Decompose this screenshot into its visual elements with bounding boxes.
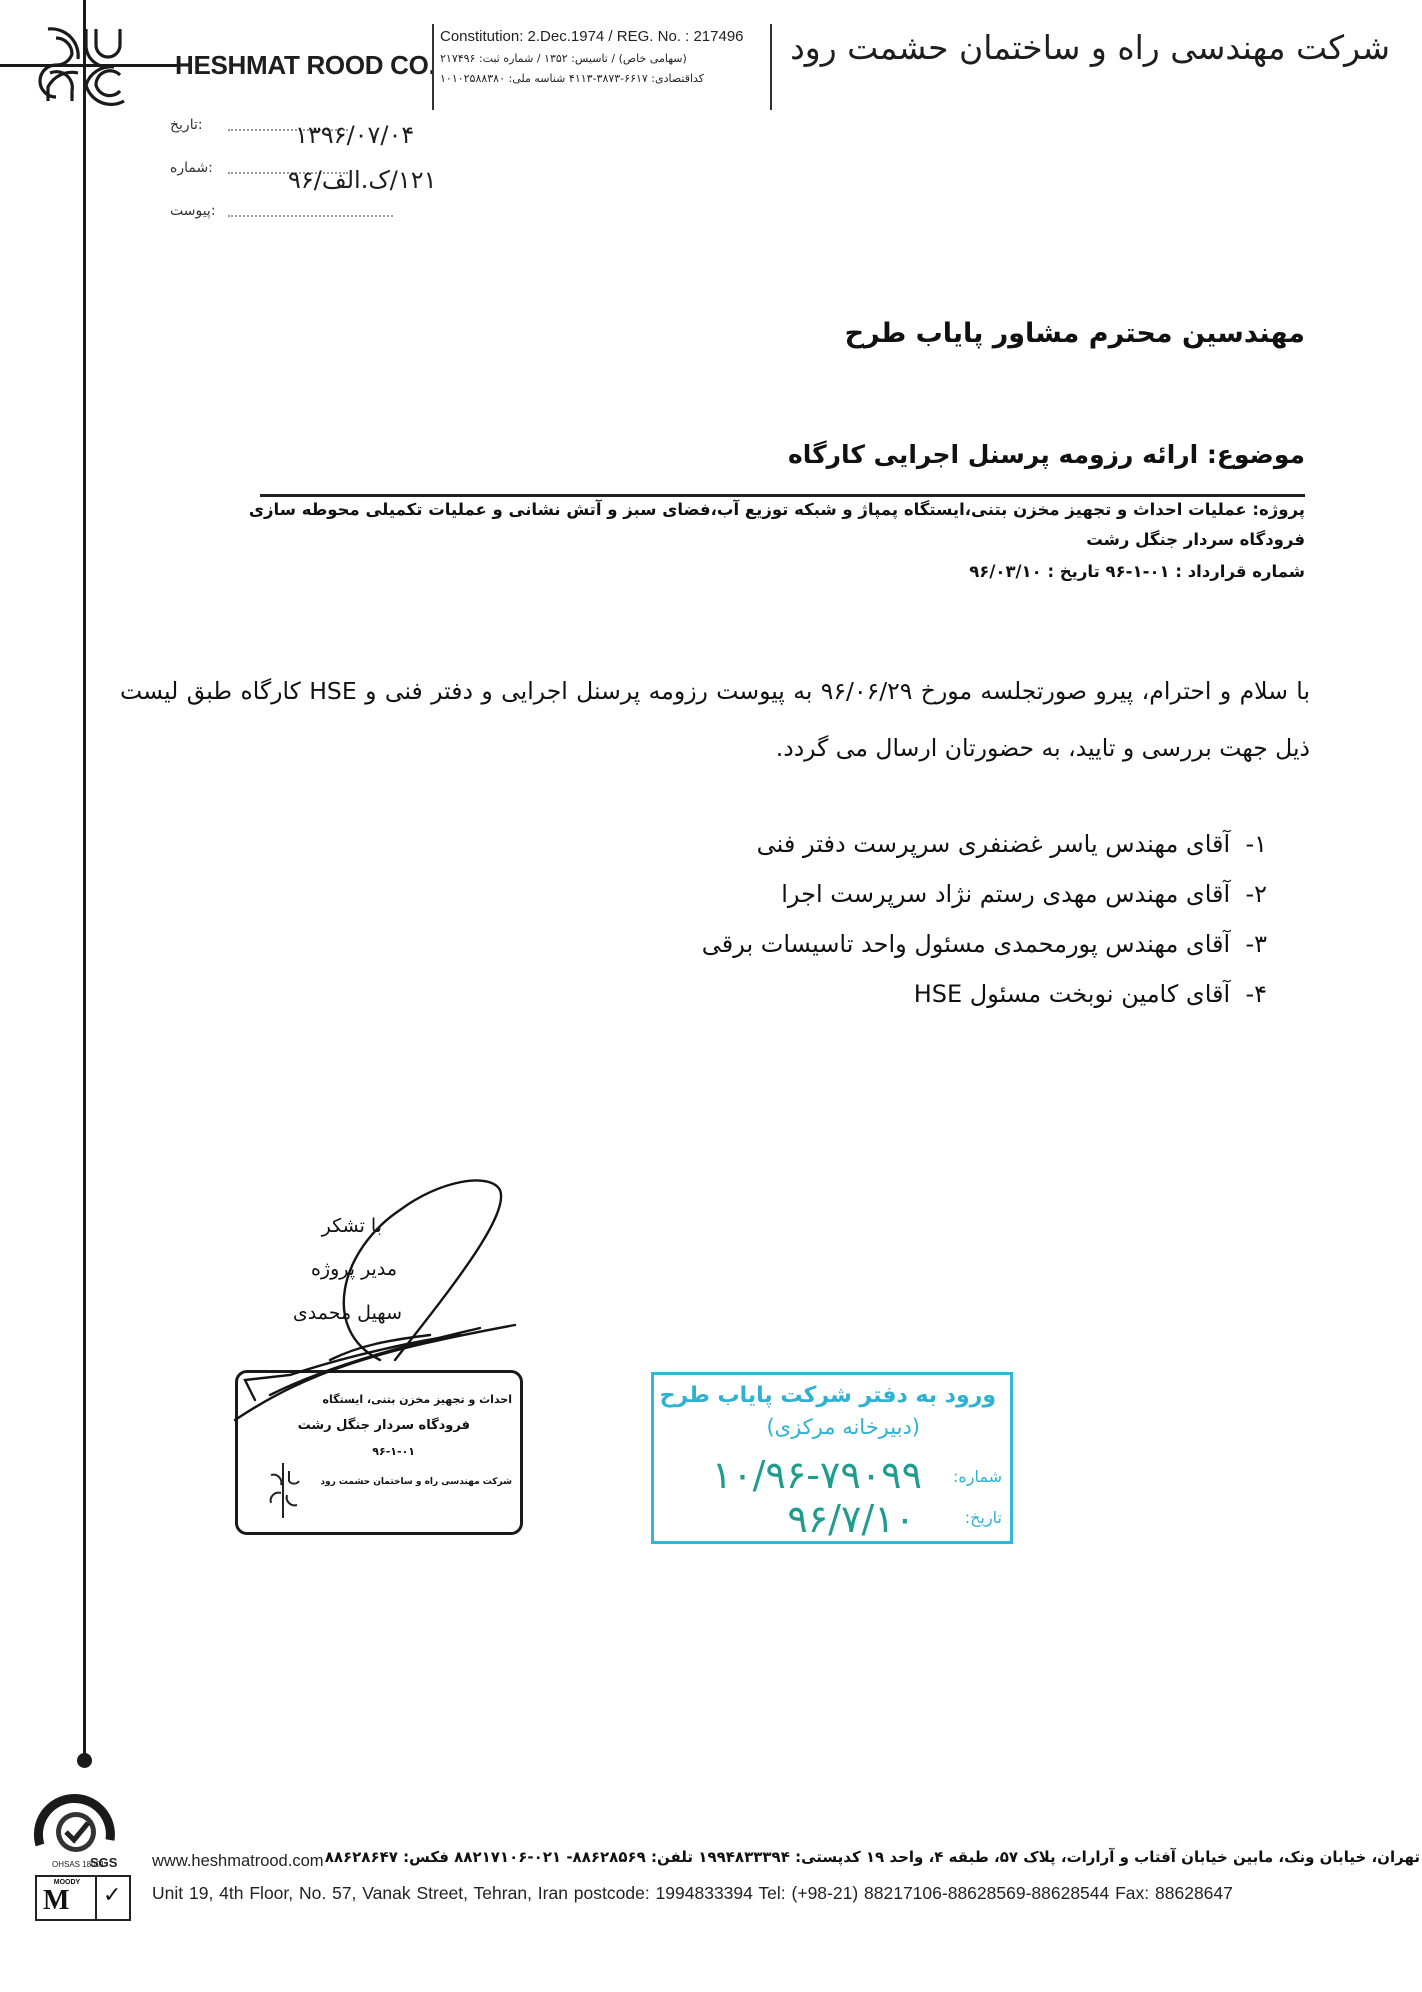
company-name-fa: شرکت مهندسی راه و ساختمان حشمت رود	[790, 28, 1390, 67]
subject-line: موضوع: ارائه رزومه پرسنل اجرایی کارگاه	[788, 440, 1305, 469]
cert2-divider	[95, 1877, 97, 1919]
website-link[interactable]: www.heshmatrood.com	[152, 1852, 324, 1870]
receipt-number-value: ۱۰/۹۶-۷۹۰۹۹	[712, 1453, 922, 1497]
attachment-dots	[228, 215, 393, 217]
list-item: ۱- آقای مهندس یاسر غضنفری سرپرست دفتر فن…	[757, 830, 1267, 858]
footer-website[interactable]: www.heshmatrood.com	[152, 1852, 324, 1871]
list-index: ۱-	[1245, 830, 1267, 858]
date-value: ۱۳۹۶/۰۷/۰۴	[295, 121, 414, 149]
number-label: :شماره	[170, 160, 213, 176]
attachment-label: :پیوست	[170, 203, 216, 219]
list-item: ۲- آقای مهندس مهدی رستم نژاد سرپرست اجرا	[781, 880, 1267, 908]
receipt-date-value: ۹۶/۷/۱۰	[787, 1497, 915, 1541]
site-stamp-line-4: شرکت مهندسی راه و ساختمان حشمت رود	[320, 1477, 512, 1487]
site-stamp-logo-icon	[263, 1463, 303, 1518]
registration-line-fa: (سهامی خاص) / تاسیس: ۱۳۵۲ / شماره ثبت: ۲…	[440, 52, 770, 65]
letterhead-rule-end-dot	[77, 1753, 92, 1768]
list-text: آقای مهندس مهدی رستم نژاد سرپرست اجرا	[781, 880, 1230, 908]
list-text: آقای مهندس یاسر غضنفری سرپرست دفتر فنی	[757, 830, 1231, 858]
body-paragraph: با سلام و احترام، پیرو صورتجلسه مورخ ۹۶/…	[120, 663, 1310, 777]
list-text: آقای مهندس پورمحمدی مسئول واحد تاسیسات ب…	[702, 930, 1230, 958]
footer-address-en: Unit 19, 4th Floor, No. 57, Vanak Street…	[152, 1883, 1233, 1904]
check-icon: ✓	[103, 1885, 121, 1907]
moody-certification-icon: MOODY M ✓	[35, 1875, 131, 1921]
moody-m-glyph: M	[43, 1887, 69, 1915]
registration-line-en: Constitution: 2.Dec.1974 / REG. No. : 21…	[440, 28, 770, 45]
letterhead-vertical-rule	[83, 0, 86, 1761]
sgs-ohsas-certification-icon: OHSAS 18001 SGS	[30, 1790, 125, 1870]
list-item: ۳- آقای مهندس پورمحمدی مسئول واحد تاسیسا…	[702, 930, 1267, 958]
number-value: ۱۲۱/ک.الف/۹۶	[288, 166, 437, 194]
date-field: :تاریخ ۱۳۹۶/۰۷/۰۴	[170, 117, 440, 147]
receipt-number-label: شماره:	[953, 1467, 1002, 1486]
contract-number-line: شماره قرارداد : ۰۱-۱-۹۶ تاریخ : ۹۶/۰۳/۱۰	[969, 562, 1305, 581]
list-index: ۴-	[1245, 980, 1267, 1008]
project-line-1: پروژه: عملیات احداث و تجهیز مخزن بتنی،ای…	[249, 500, 1305, 519]
list-text: آقای کامین نوبخت مسئول HSE	[914, 980, 1230, 1008]
heshmat-rood-logo-icon	[34, 15, 134, 115]
project-line-2: فرودگاه سردار جنگل رشت	[1086, 530, 1305, 549]
receipt-stamp-title: ورود به دفتر شرکت پایاب طرح	[660, 1383, 996, 1408]
list-index: ۳-	[1245, 930, 1267, 958]
letter-number-field: :شماره ۱۲۱/ک.الف/۹۶	[170, 160, 440, 190]
company-name-en: HESHMAT ROOD CO.	[175, 50, 436, 81]
receipt-date-label: تاریخ:	[965, 1508, 1002, 1527]
list-item: ۴- آقای کامین نوبخت مسئول HSE	[914, 980, 1267, 1008]
company-registration-info: Constitution: 2.Dec.1974 / REG. No. : 21…	[432, 24, 772, 110]
footer-address-fa: تهران، خیابان ونک، مابین خیابان آفتاب و …	[325, 1848, 1420, 1866]
date-label: :تاریخ	[170, 117, 203, 133]
subject-divider	[260, 494, 1305, 497]
cert1-label: SGS	[90, 1855, 118, 1870]
receipt-stamp-subtitle: (دبیرخانه مرکزی)	[766, 1415, 920, 1439]
list-index: ۲-	[1245, 880, 1267, 908]
addressee-heading: مهندسین محترم مشاور پایاب طرح	[845, 318, 1305, 349]
handwritten-signature	[230, 1170, 540, 1460]
economic-code-line: کداقتصادی: ۶۶۱۷-۳۸۷۳-۴۱۱۳ شناسه ملی: ۱۰۱…	[440, 72, 770, 85]
receipt-stamp: ورود به دفتر شرکت پایاب طرح (دبیرخانه مر…	[651, 1372, 1013, 1544]
attachment-field: :پیوست	[170, 203, 440, 233]
